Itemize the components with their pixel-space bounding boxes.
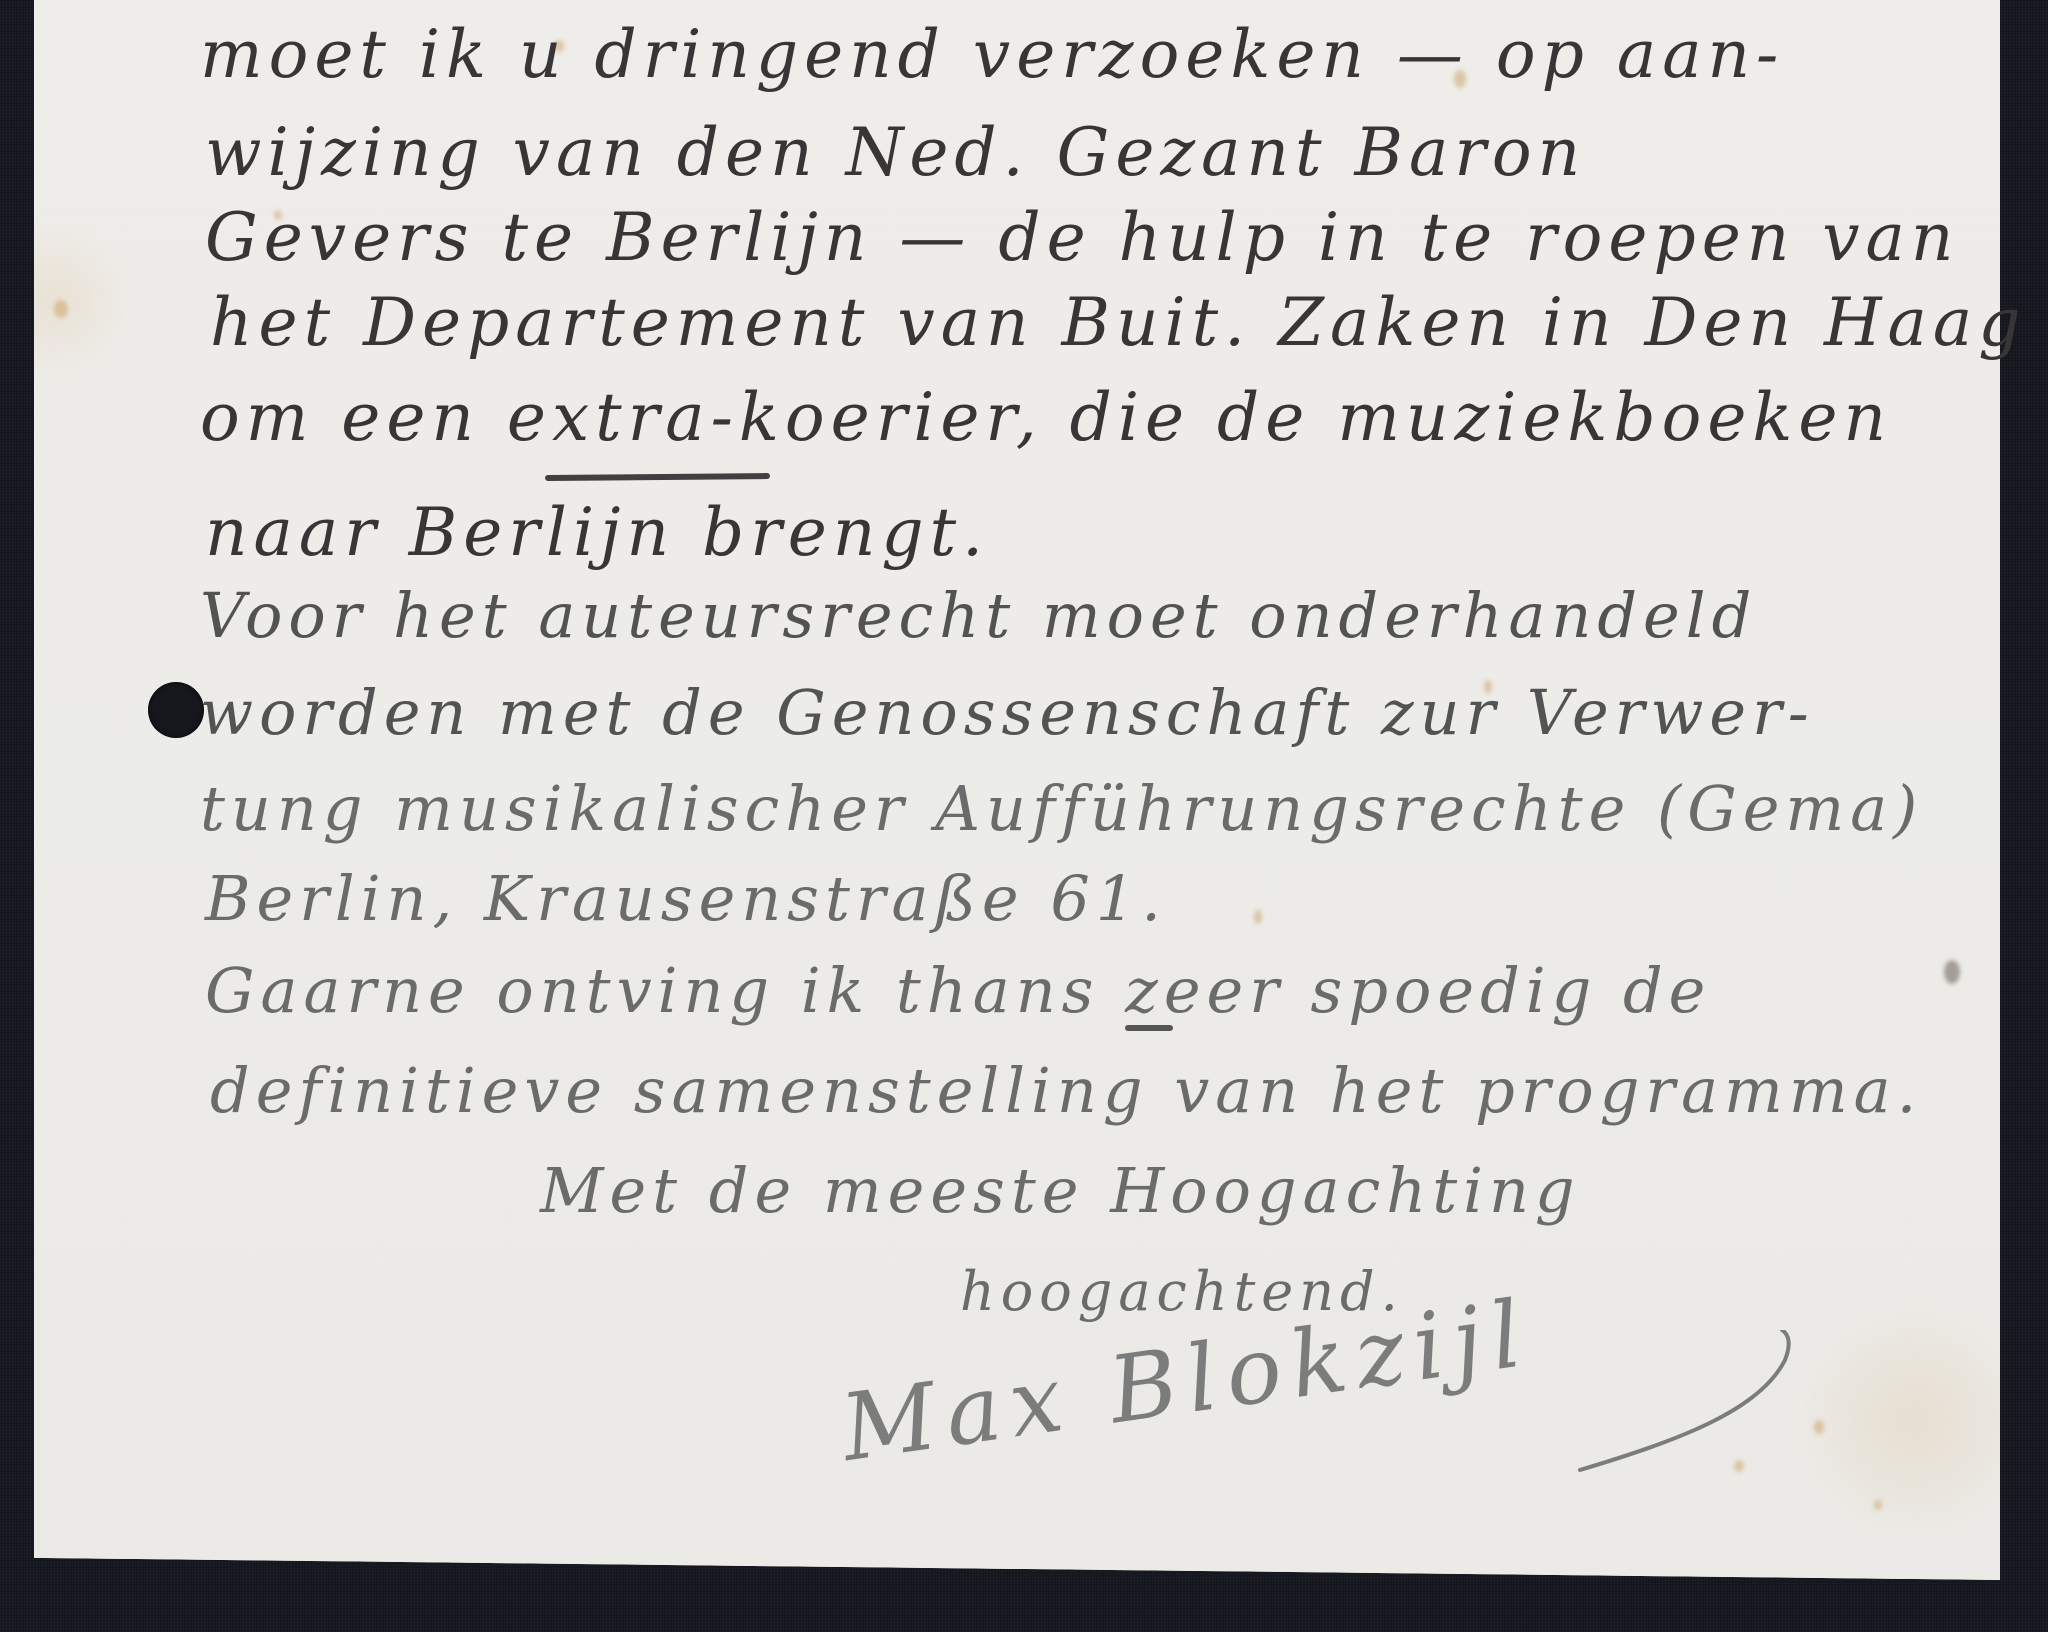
letter-line: het Departement van Buit. Zaken in Den H… [210, 290, 2026, 356]
paper-stain [1254, 910, 1262, 924]
letter-line: om een extra-koerier, die de muziekboeke… [200, 385, 1892, 451]
letter-line: moet ik u dringend verzoeken — op aan- [200, 22, 1784, 88]
letter-line: definitieve samenstelling van het progra… [210, 1060, 1922, 1122]
paper-stain [1814, 1420, 1824, 1434]
letter-line: wijzing van den Ned. Gezant Baron [205, 120, 1586, 186]
paper-stain [54, 300, 68, 318]
underline-zeer [1125, 1025, 1173, 1031]
letter-line: Gaarne ontving ik thans zeer spoedig de [205, 960, 1711, 1022]
paper-stain [1874, 1500, 1882, 1510]
paper-mark [1944, 960, 1960, 984]
letter-line: Gevers te Berlijn — de hulp in te roepen… [205, 205, 1959, 271]
letter-line: tung musikalischer Aufführungsrechte (Ge… [200, 778, 1923, 840]
letter-line: Voor het auteursrecht moet onderhandeld [200, 585, 1757, 647]
letter-line: worden met de Genossenschaft zur Verwer- [200, 682, 1815, 744]
letter-line: Berlin, Krausenstraße 61. [205, 868, 1167, 930]
signature-flourish [1560, 1330, 1800, 1480]
hole-punch [148, 682, 204, 738]
closing-line: Met de meeste Hoogachting [540, 1160, 1581, 1222]
letter-line: naar Berlijn brengt. [205, 500, 989, 566]
